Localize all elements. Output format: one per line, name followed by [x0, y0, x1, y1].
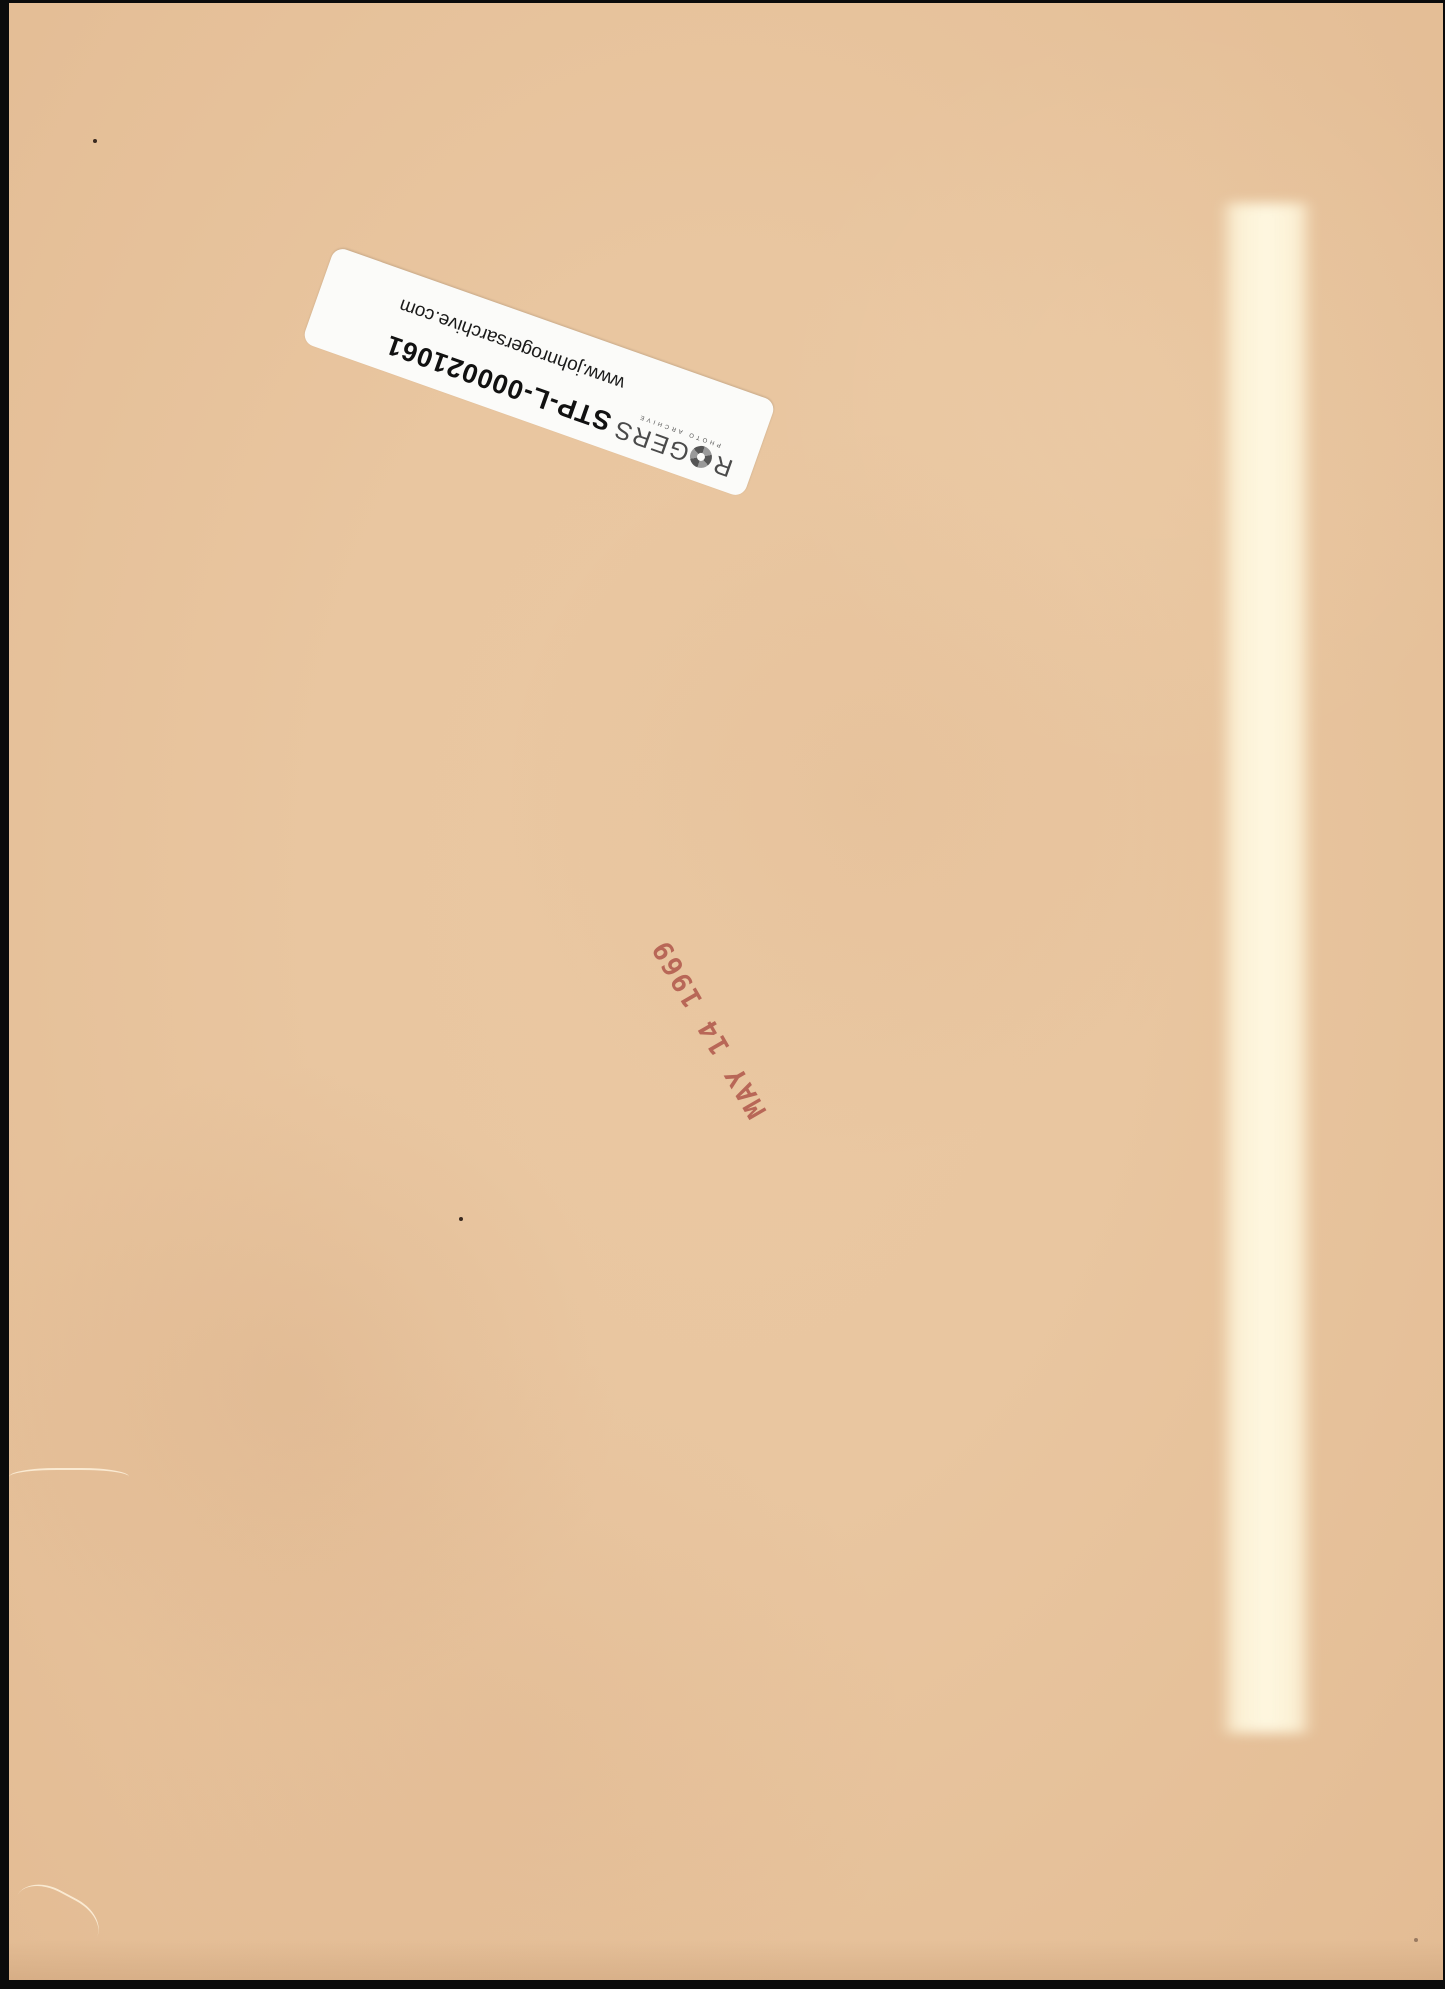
paper-speck — [1414, 1938, 1418, 1942]
paper-tear-upper-left — [9, 1468, 129, 1490]
paper-speck — [93, 139, 97, 143]
scan-glare-strip — [1219, 203, 1314, 1733]
archive-label-sticker: R GERS PHOTO ARCHIVE STP-L-000021061 www… — [301, 246, 776, 498]
rogers-logo: R GERS PHOTO ARCHIVE — [609, 406, 739, 482]
photo-back-page: R GERS PHOTO ARCHIVE STP-L-000021061 www… — [9, 3, 1443, 1980]
logo-letter-r: R — [708, 448, 737, 482]
logo-wordmark: R GERS — [609, 413, 736, 482]
paper-speck — [459, 1217, 463, 1221]
bottom-edge-shadow — [9, 1940, 1443, 1980]
date-stamp: MAY 14 1969 — [646, 934, 773, 1123]
